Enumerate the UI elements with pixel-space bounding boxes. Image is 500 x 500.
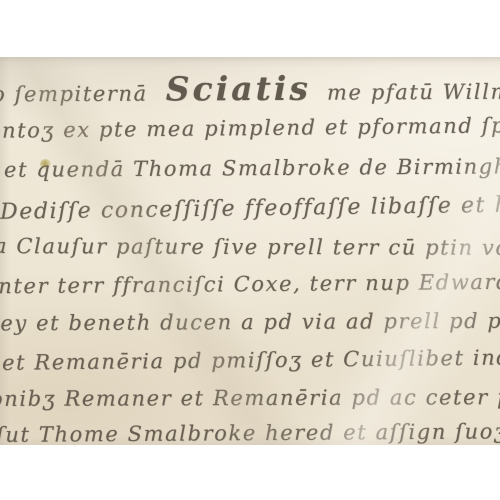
manuscript-line: Dediſſe conceſſiſſe ffeoffaſſe libaſſe e… [0,192,500,225]
manuscript-line: et Remanēria pd pmiſſoʒ et Cuiuſlibet in… [2,345,500,375]
manuscript-line: onibʒ Remaner et Remanēria pd ac ceter p… [0,385,500,411]
manuscript-line: a Clauſur paſture ſive prell terr cū pti… [0,234,500,260]
manuscript-line: ſut Thome Smalbroke hered et aſſign ſuoʒ… [0,419,500,445]
manuscript-photo: o ſempiternāSciatisme pfatū Willm Rou en… [0,57,500,445]
manuscript-line: ley et beneth ducen a pd via ad prell pd… [0,309,500,336]
manuscript-line: o ſempiternāSciatisme pfatū Willm Rou [0,68,500,110]
manuscript-text-segment: o ſempiternā [0,82,148,107]
engrossed-word-sciatis: Sciatis [166,69,311,109]
manuscript-line: inter terr ffranciſci Coxe, terr nup Edw… [0,270,500,299]
manuscript-text-segment: me pfatū Willm Rou [327,79,500,104]
manuscript-line: et quendā Thoma Smalbroke de Birmingham [4,154,500,182]
image-canvas: o ſempiternāSciatisme pfatū Willm Rou en… [0,0,500,500]
manuscript-line: entoʒ ex pte mea pimplend et pformand ſp… [0,113,500,143]
